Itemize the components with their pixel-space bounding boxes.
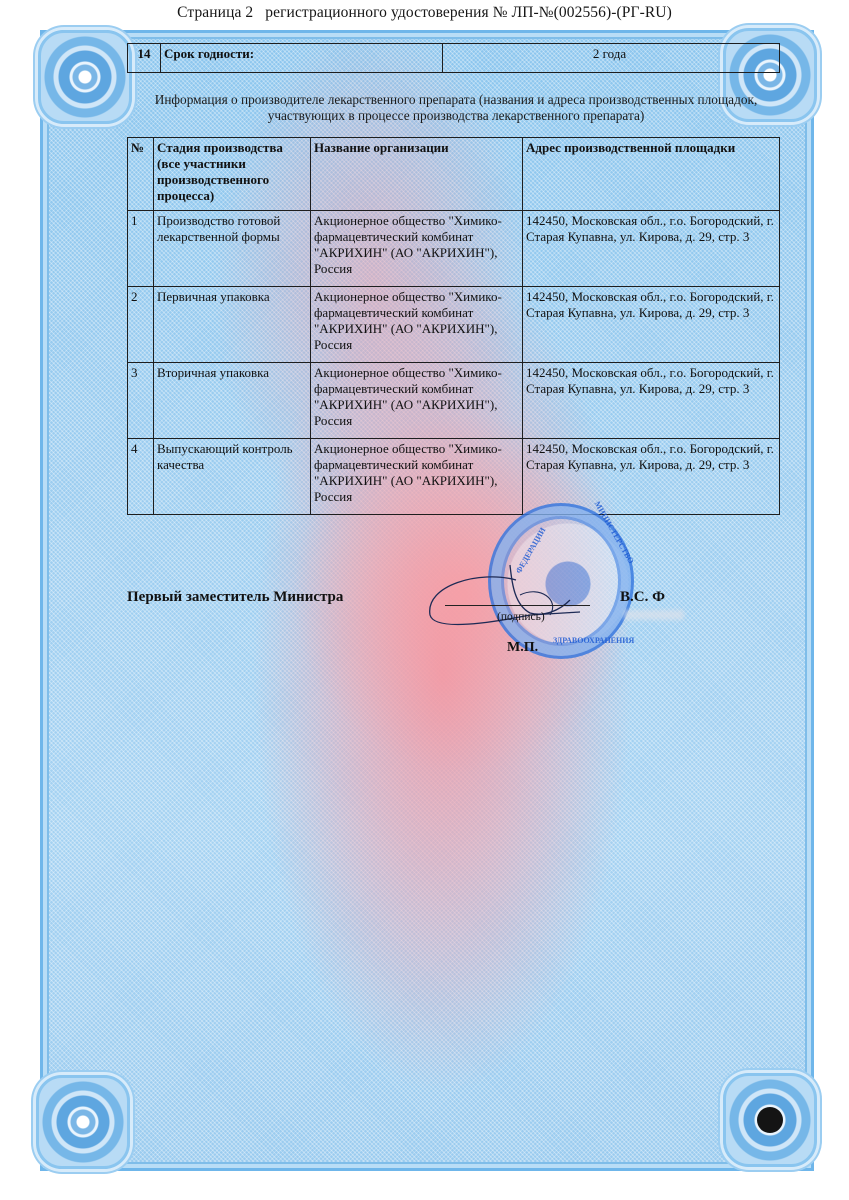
cell-stage: Вторичная упаковка [154,363,311,439]
signatory-name: В.С. Ф [620,589,727,623]
cell-number: 3 [128,363,154,439]
column-header-address: Адрес производственной площадки [523,138,780,211]
cell-stage: Первичная упаковка [154,287,311,363]
shelf-life-table: 14 Срок годности: 2 года [127,43,780,73]
signatory-position: Первый заместитель Министра [127,589,343,606]
signature-line [445,605,590,606]
row-number: 14 [128,44,161,73]
redacted-surname [624,610,684,620]
table-row: 3 Вторичная упаковка Акционерное обществ… [128,363,780,439]
cell-address: 142450, Московская обл., г.о. Богородски… [523,287,780,363]
table-header-row: № Стадия производства (все участники про… [128,138,780,211]
cell-stage: Выпускающий контроль качества [154,439,311,515]
cell-organization: Акционерное общество "Химико-фармацевтич… [311,439,523,515]
shelf-life-label: Срок годности: [161,44,443,73]
cell-number: 1 [128,211,154,287]
column-header-stage: Стадия производства (все участники произ… [154,138,311,211]
manufacturer-info-caption: Информация о производителе лекарственног… [120,92,792,124]
page-header: Страница 2 регистрационного удостоверени… [0,4,849,22]
stamp-place-label: М.П. [507,640,538,656]
cell-organization: Акционерное общество "Химико-фармацевтич… [311,211,523,287]
shelf-life-value: 2 года [443,44,780,73]
signatory-initials: В.С. Ф [620,589,665,605]
corner-rosette-icon [38,30,132,124]
cell-number: 4 [128,439,154,515]
caption-line: Информация о производителе лекарственног… [120,92,792,108]
table-row: 4 Выпускающий контроль качества Акционер… [128,439,780,515]
caption-line: участвующих в процессе производства лека… [120,108,792,124]
column-header-number: № [128,138,154,211]
corner-rosette-icon [723,1073,817,1167]
cell-address: 142450, Московская обл., г.о. Богородски… [523,211,780,287]
punch-hole-icon [757,1107,783,1133]
cell-stage: Производство готовой лекарственной формы [154,211,311,287]
table-row: 2 Первичная упаковка Акционерное обществ… [128,287,780,363]
table-row: 1 Производство готовой лекарственной фор… [128,211,780,287]
cell-organization: Акционерное общество "Химико-фармацевтич… [311,363,523,439]
corner-rosette-icon [36,1075,130,1169]
cell-number: 2 [128,287,154,363]
cell-address: 142450, Московская обл., г.о. Богородски… [523,363,780,439]
document-label: регистрационного удостоверения № ЛП-№(00… [265,4,672,21]
column-header-organization: Название организации [311,138,523,211]
signature-caption: (подпись) [497,611,545,623]
manufacturers-table: № Стадия производства (все участники про… [127,137,780,515]
table-row: 14 Срок годности: 2 года [128,44,780,73]
page-label: Страница 2 [177,4,253,21]
signature-block: Первый заместитель Министра (подпись) В.… [127,585,727,675]
cell-organization: Акционерное общество "Химико-фармацевтич… [311,287,523,363]
